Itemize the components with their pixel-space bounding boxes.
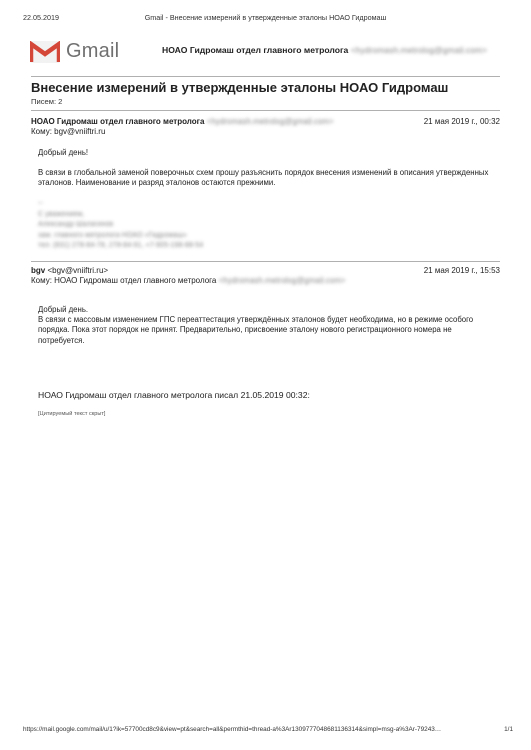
body-paragraph: В связи с массовым изменением ГПС переат… [38, 315, 498, 346]
page-url: https://mail.google.com/mail/u/1?ik=5770… [23, 726, 441, 733]
message-body: Добрый день! В связи в глобальной замено… [38, 148, 498, 189]
print-title: Gmail - Внесение измерений в утвержденны… [0, 13, 531, 22]
sender-name: bgv [31, 266, 45, 275]
signature-line: Александр Шалагинов [38, 219, 113, 230]
message-header: bgv <bgv@vniiftri.ru> 21 мая 2019 г., 15… [31, 266, 500, 285]
print-header: 22.05.2019 Gmail - Внесение измерений в … [0, 13, 531, 25]
message-body: Добрый день. В связи с массовым изменени… [38, 305, 498, 346]
body-paragraph: В связи в глобальной заменой поверочных … [38, 168, 498, 188]
gmail-logo[interactable]: Gmail [30, 40, 119, 63]
quoted-text-hidden-link[interactable]: [Цитируемый текст скрыт] [38, 411, 105, 417]
signature-line: С уважением, [38, 209, 84, 220]
account-label: НОАО Гидромаш отдел главного метролога <… [162, 45, 487, 55]
gmail-m-logo-icon [30, 41, 60, 63]
message-date: 21 мая 2019 г., 00:32 [424, 117, 500, 126]
divider [31, 110, 500, 111]
message-recipient: Кому: bgv@vniiftri.ru [31, 127, 500, 136]
account-name: НОАО Гидромаш отдел главного метролога [162, 45, 348, 55]
message-date: 21 мая 2019 г., 15:53 [424, 266, 500, 275]
greeting: Добрый день. [38, 305, 498, 315]
account-email-blurred: <hydromash.metrolog@gmail.com> [351, 45, 487, 55]
signature-blurred: -- С уважением, Александр Шалагинов зам.… [38, 198, 203, 251]
message-header: НОАО Гидромаш отдел главного метролога <… [31, 117, 500, 136]
divider [31, 76, 500, 77]
sender-email: <bgv@vniiftri.ru> [47, 266, 108, 275]
recipient-email-blurred: <hydromash.metrolog@gmail.com> [219, 276, 346, 285]
divider [31, 261, 500, 262]
signature-line: тел. (831) 278-84-78, 278-84-91, +7-905-… [38, 240, 203, 251]
message-recipient: Кому: НОАО Гидромаш отдел главного метро… [31, 276, 500, 285]
message-count: Писем: 2 [31, 97, 62, 106]
gmail-header: Gmail НОАО Гидромаш отдел главного метро… [30, 38, 500, 68]
signature-line: -- [38, 198, 43, 209]
recipient-name: Кому: НОАО Гидромаш отдел главного метро… [31, 276, 216, 285]
signature-line: зам. главного метролога НОАО «Гидромаш» [38, 230, 187, 241]
gmail-wordmark: Gmail [66, 40, 119, 63]
quote-header: НОАО Гидромаш отдел главного метролога п… [38, 390, 310, 400]
page-number: 1/1 [504, 726, 513, 733]
sender-name: НОАО Гидромаш отдел главного метролога [31, 117, 204, 126]
thread-subject: Внесение измерений в утвержденные эталон… [31, 80, 448, 95]
sender-email-blurred: <hydromash.metrolog@gmail.com> [207, 117, 334, 126]
greeting: Добрый день! [38, 148, 498, 158]
